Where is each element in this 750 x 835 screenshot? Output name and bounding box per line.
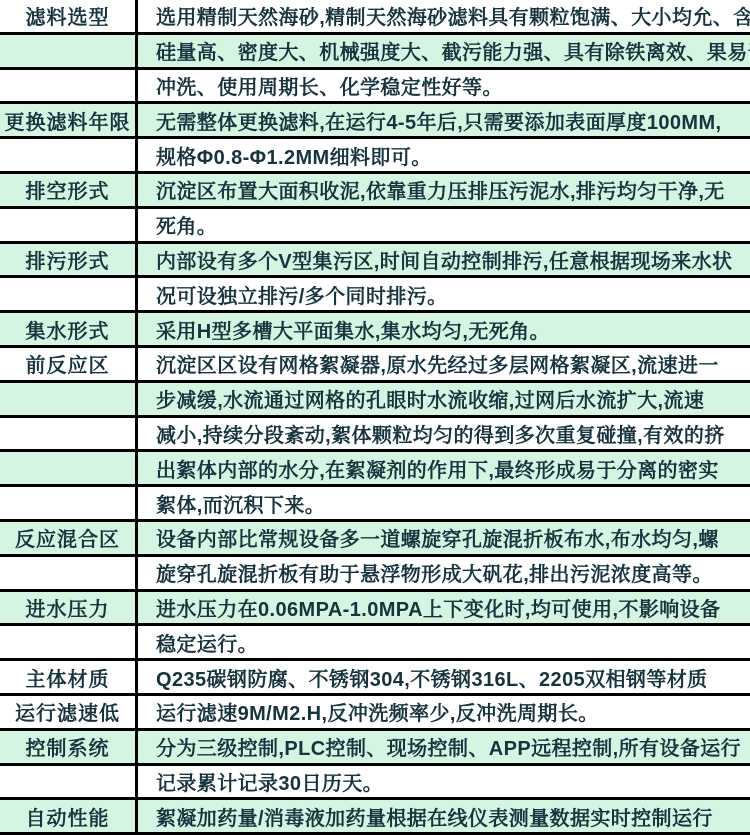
table-row: 记录累计记录30日历天。 bbox=[0, 766, 750, 801]
spec-label bbox=[0, 278, 138, 310]
spec-label bbox=[0, 487, 138, 519]
spec-label: 排空形式 bbox=[0, 174, 138, 206]
spec-text: 进水压力在0.06MPA-1.0MPA上下变化时,均可使用,不影响设备 bbox=[138, 592, 750, 624]
table-row: 集水形式 采用H型多槽大平面集水,集水均匀,无死角。 bbox=[0, 313, 750, 348]
table-row: 冲洗、使用周期长、化学稳定性好等。 bbox=[0, 70, 750, 105]
table-row: 滤料选型 选用精制天然海砂,精制天然海砂滤料具有颗粒饱满、大小均允、含 bbox=[0, 0, 750, 35]
table-row: 进水压力 进水压力在0.06MPA-1.0MPA上下变化时,均可使用,不影响设备 bbox=[0, 592, 750, 627]
spec-label: 主体材质 bbox=[0, 661, 138, 693]
table-row: 规格Φ0.8-Φ1.2MM细料即可。 bbox=[0, 139, 750, 174]
table-row: 况可设独立排污/多个同时排污。 bbox=[0, 278, 750, 313]
spec-label bbox=[0, 383, 138, 415]
table-row: 更换滤料年限 无需整体更换滤料,在运行4-5年后,只需要添加表面厚度100MM, bbox=[0, 104, 750, 139]
spec-label: 控制系统 bbox=[0, 731, 138, 763]
spec-text: 絮体,而沉积下来。 bbox=[138, 487, 750, 519]
spec-text: 冲洗、使用周期长、化学稳定性好等。 bbox=[138, 70, 750, 102]
spec-text: 选用精制天然海砂,精制天然海砂滤料具有颗粒饱满、大小均允、含 bbox=[138, 0, 750, 32]
spec-text: 无需整体更换滤料,在运行4-5年后,只需要添加表面厚度100MM, bbox=[138, 104, 750, 136]
spec-label bbox=[0, 35, 138, 67]
spec-label: 前反应区 bbox=[0, 348, 138, 380]
spec-label: 运行滤速低 bbox=[0, 696, 138, 728]
table-row: 前反应区 沉淀区区设有网格絮凝器,原水先经过多层网格絮凝区,流速进一 bbox=[0, 348, 750, 383]
spec-text: 沉淀区布置大面积收泥,依靠重力压排压污泥水,排污均匀干净,无 bbox=[138, 174, 750, 206]
table-row: 步减缓,水流通过网格的孔眼时水流收缩,过网后水流扩大,流速 bbox=[0, 383, 750, 418]
table-row: 排空形式 沉淀区布置大面积收泥,依靠重力压排压污泥水,排污均匀干净,无 bbox=[0, 174, 750, 209]
spec-label bbox=[0, 452, 138, 484]
spec-text: 絮凝加药量/消毒液加药量根据在线仪表测量数据实时控制运行 bbox=[138, 800, 750, 832]
spec-text: 况可设独立排污/多个同时排污。 bbox=[138, 278, 750, 310]
spec-text: Q235碳钢防腐、不锈钢304,不锈钢316L、2205双相钢等材质 bbox=[138, 661, 750, 693]
table-row: 死角。 bbox=[0, 209, 750, 244]
table-row: 排污形式 内部设有多个V型集污区,时间自动控制排污,任意根据现场来水状 bbox=[0, 244, 750, 279]
spec-text: 规格Φ0.8-Φ1.2MM细料即可。 bbox=[138, 139, 750, 171]
spec-label bbox=[0, 626, 138, 658]
spec-text: 设备内部比常规设备多一道螺旋穿孔旋混折板布水,布水均匀,螺 bbox=[138, 522, 750, 554]
spec-text: 记录累计记录30日历天。 bbox=[138, 766, 750, 798]
spec-text: 出絮体内部的水分,在絮凝剂的作用下,最终形成易于分离的密实 bbox=[138, 452, 750, 484]
spec-label: 更换滤料年限 bbox=[0, 104, 138, 136]
spec-label: 反应混合区 bbox=[0, 522, 138, 554]
spec-label: 自动性能 bbox=[0, 800, 138, 832]
spec-text: 旋穿孔旋混折板有助于悬浮物形成大矾花,排出污泥浓度高等。 bbox=[138, 557, 750, 589]
spec-label: 集水形式 bbox=[0, 313, 138, 345]
spec-text: 死角。 bbox=[138, 209, 750, 241]
spec-text: 稳定运行。 bbox=[138, 626, 750, 658]
table-row: 主体材质 Q235碳钢防腐、不锈钢304,不锈钢316L、2205双相钢等材质 bbox=[0, 661, 750, 696]
spec-text: 分为三级控制,PLC控制、现场控制、APP远程控制,所有设备运行 bbox=[138, 731, 750, 763]
table-row: 硅量高、密度大、机械强度大、截污能力强、具有除铁离效、果易于反 bbox=[0, 35, 750, 70]
spec-text: 采用H型多槽大平面集水,集水均匀,无死角。 bbox=[138, 313, 750, 345]
table-row: 旋穿孔旋混折板有助于悬浮物形成大矾花,排出污泥浓度高等。 bbox=[0, 557, 750, 592]
spec-label: 进水压力 bbox=[0, 592, 138, 624]
table-row: 减小,持续分段紊动,絮体颗粒均匀的得到多次重复碰撞,有效的挤 bbox=[0, 418, 750, 453]
spec-text: 步减缓,水流通过网格的孔眼时水流收缩,过网后水流扩大,流速 bbox=[138, 383, 750, 415]
spec-label bbox=[0, 418, 138, 450]
table-row: 絮体,而沉积下来。 bbox=[0, 487, 750, 522]
spec-text: 沉淀区区设有网格絮凝器,原水先经过多层网格絮凝区,流速进一 bbox=[138, 348, 750, 380]
spec-text: 内部设有多个V型集污区,时间自动控制排污,任意根据现场来水状 bbox=[138, 244, 750, 276]
table-row: 稳定运行。 bbox=[0, 626, 750, 661]
spec-label bbox=[0, 209, 138, 241]
spec-label bbox=[0, 70, 138, 102]
table-row: 反应混合区 设备内部比常规设备多一道螺旋穿孔旋混折板布水,布水均匀,螺 bbox=[0, 522, 750, 557]
table-row: 控制系统 分为三级控制,PLC控制、现场控制、APP远程控制,所有设备运行 bbox=[0, 731, 750, 766]
spec-text: 运行滤速9M/M2.H,反冲洗频率少,反冲洗周期长。 bbox=[138, 696, 750, 728]
spec-label bbox=[0, 766, 138, 798]
table-row: 自动性能 絮凝加药量/消毒液加药量根据在线仪表测量数据实时控制运行 bbox=[0, 800, 750, 835]
spec-label bbox=[0, 139, 138, 171]
spec-text: 硅量高、密度大、机械强度大、截污能力强、具有除铁离效、果易于反 bbox=[138, 35, 750, 67]
table-row: 出絮体内部的水分,在絮凝剂的作用下,最终形成易于分离的密实 bbox=[0, 452, 750, 487]
table-row: 运行滤速低 运行滤速9M/M2.H,反冲洗频率少,反冲洗周期长。 bbox=[0, 696, 750, 731]
spec-label bbox=[0, 557, 138, 589]
spec-text: 减小,持续分段紊动,絮体颗粒均匀的得到多次重复碰撞,有效的挤 bbox=[138, 418, 750, 450]
spec-label: 排污形式 bbox=[0, 244, 138, 276]
spec-label: 滤料选型 bbox=[0, 0, 138, 32]
spec-table: 滤料选型 选用精制天然海砂,精制天然海砂滤料具有颗粒饱满、大小均允、含 硅量高、… bbox=[0, 0, 750, 835]
